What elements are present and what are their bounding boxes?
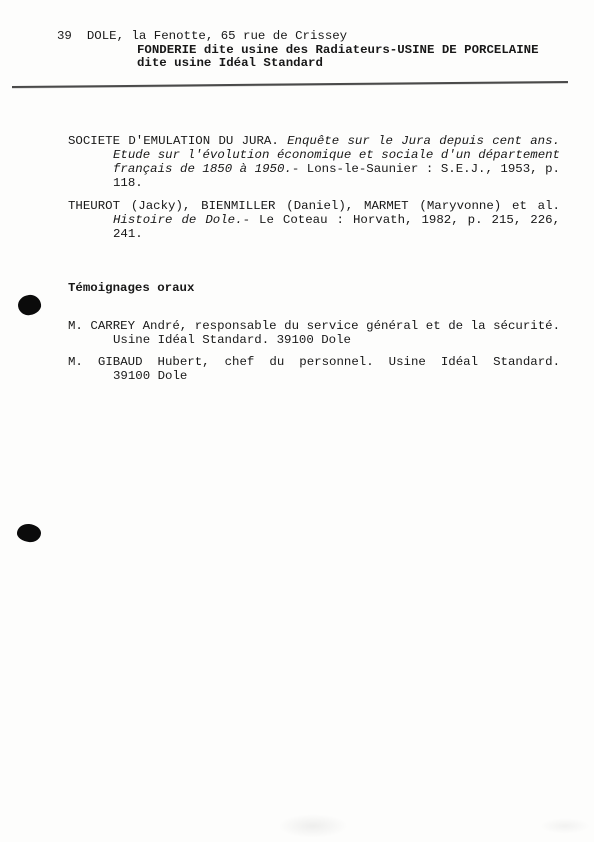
book-title-segment: Enquête sur le Jura depuis cent ans. (287, 134, 560, 148)
text-line: 118. (113, 176, 560, 190)
text-segment: M. GIBAUD Hubert, chef du personnel. Usi… (68, 355, 560, 369)
text-line: SOCIETE D'EMULATION DU JURA. Enquête sur… (68, 134, 560, 148)
punch-hole-bottom (16, 523, 41, 543)
site-address: DOLE, la Fenotte, 65 rue de Crissey (87, 29, 347, 43)
header-line: 39DOLE, la Fenotte, 65 rue de Crissey (57, 30, 539, 44)
document-header: 39DOLE, la Fenotte, 65 rue de Crissey FO… (57, 30, 539, 71)
punch-hole-top (17, 293, 43, 316)
witness-entry: M. GIBAUD Hubert, chef du personnel. Usi… (68, 355, 560, 383)
text-line: Etude sur l'évolution économique et soci… (113, 148, 560, 162)
text-segment: 118. (113, 176, 143, 190)
book-title-segment: Etude sur l'évolution économique et soci… (113, 148, 560, 162)
text-line: THEUROT (Jacky), BIENMILLER (Daniel), MA… (68, 199, 560, 213)
entry-number: 39 (57, 29, 72, 43)
text-line: Histoire de Dole.- Le Coteau : Horvath, … (113, 213, 560, 227)
text-segment: - Lons-le-Saunier : S.E.J., 1953, p. (292, 162, 560, 176)
scan-smudge (278, 814, 348, 838)
scan-smudge (540, 818, 590, 834)
text-line: français de 1850 à 1950.- Lons-le-Saunie… (113, 162, 560, 176)
witnesses-heading: Témoignages oraux (68, 281, 194, 295)
bibliography-entry: SOCIETE D'EMULATION DU JURA. Enquête sur… (68, 134, 560, 190)
book-title-segment: français de 1850 à 1950. (113, 162, 292, 176)
witness-entry: M. CARREY André, responsable du service … (68, 319, 560, 347)
text-segment: SOCIETE D'EMULATION DU JURA. (68, 134, 287, 148)
text-segment: Usine Idéal Standard. 39100 Dole (113, 333, 351, 347)
text-segment: 39100 Dole (113, 369, 187, 383)
text-segment: - Le Coteau : Horvath, 1982, p. 215, 226… (243, 213, 560, 227)
text-line: M. GIBAUD Hubert, chef du personnel. Usi… (68, 355, 560, 369)
text-line: 39100 Dole (113, 369, 560, 383)
text-line: M. CARREY André, responsable du service … (68, 319, 560, 333)
text-segment: M. CARREY André, responsable du service … (68, 319, 560, 333)
text-line: Usine Idéal Standard. 39100 Dole (113, 333, 560, 347)
horizontal-rule (12, 81, 568, 88)
document-page: 39DOLE, la Fenotte, 65 rue de Crissey FO… (0, 0, 594, 842)
book-title-segment: Histoire de Dole. (113, 213, 243, 227)
bibliography-entry: THEUROT (Jacky), BIENMILLER (Daniel), MA… (68, 199, 560, 241)
text-segment: THEUROT (Jacky), BIENMILLER (Daniel), MA… (68, 199, 560, 213)
site-title-line-1: FONDERIE dite usine des Radiateurs-USINE… (137, 44, 539, 58)
site-title-line-2: dite usine Idéal Standard (137, 57, 539, 71)
text-segment: 241. (113, 227, 143, 241)
text-line: 241. (113, 227, 560, 241)
